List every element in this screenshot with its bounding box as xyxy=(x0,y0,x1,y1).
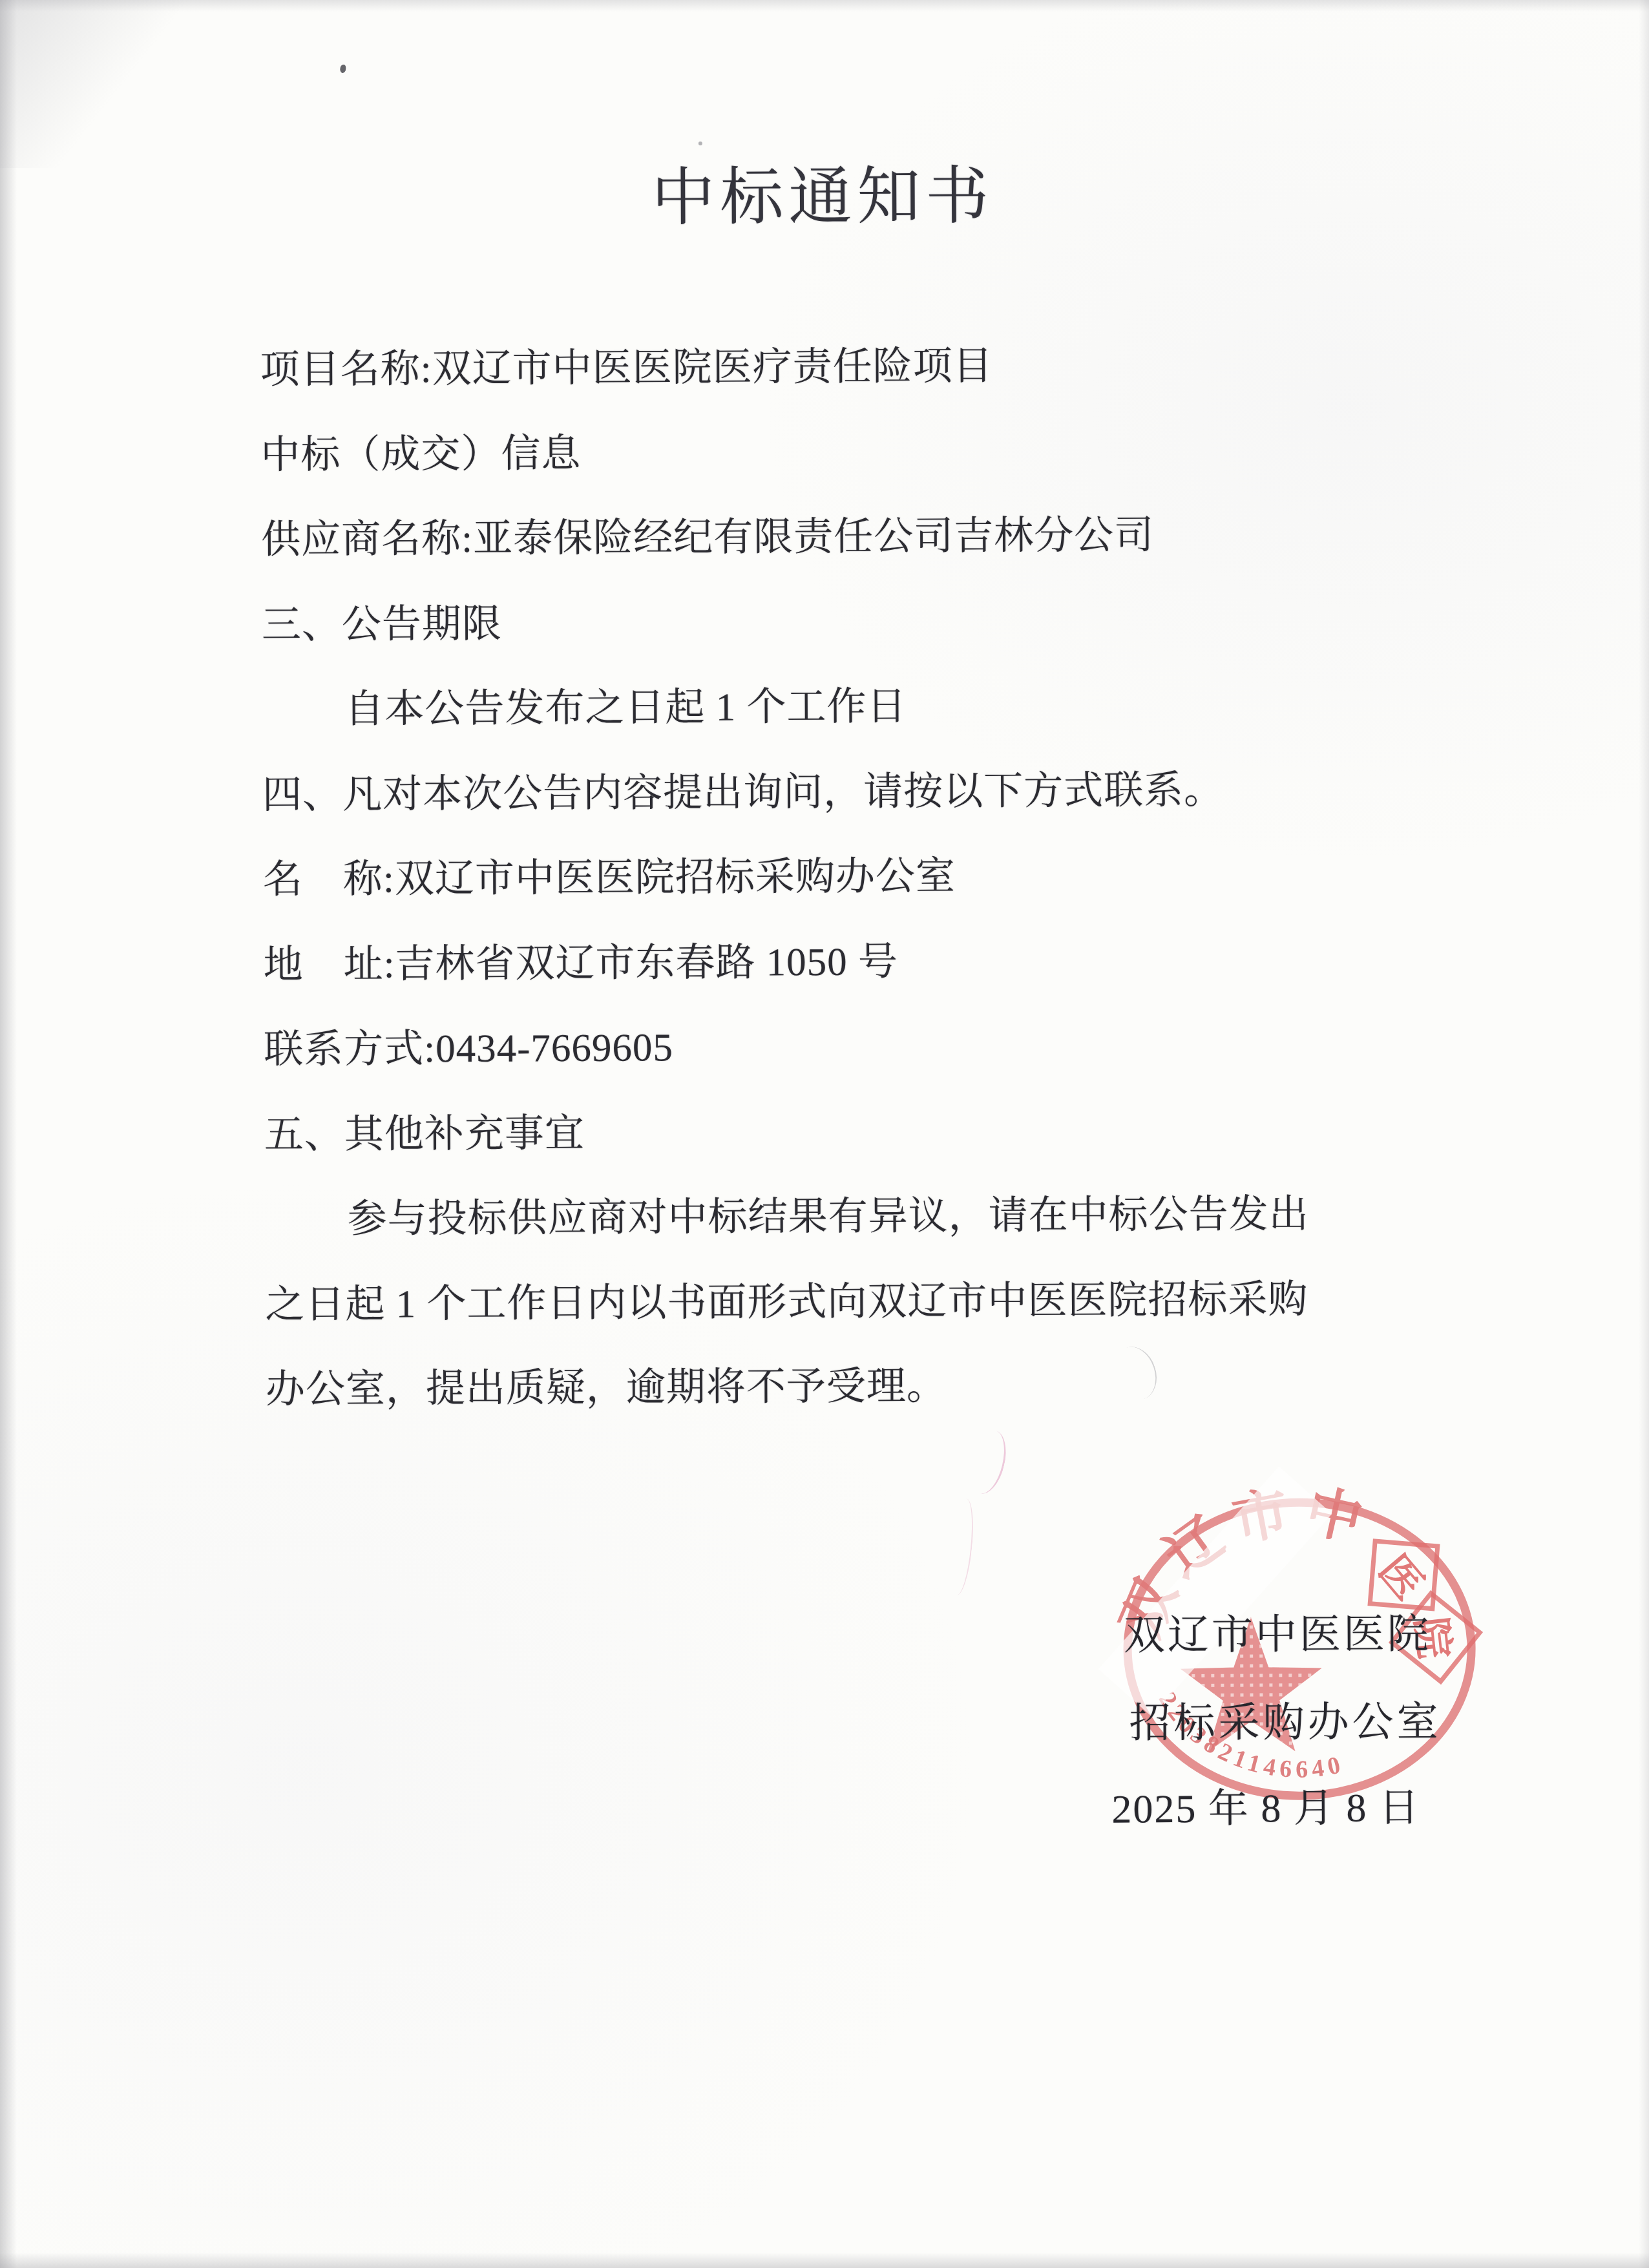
document-body: 项目名称:双辽市中医医院医疗责任险项目 中标（成交）信息 供应商名称:亚泰保险经… xyxy=(260,318,1429,1429)
doc-line-section-5-heading: 五、其他补充事宜 xyxy=(264,1083,1428,1174)
document-title: 中标通知书 xyxy=(0,142,1645,241)
scanned-document-page: { "doc": { "title": "中标通知书", "lines": [ … xyxy=(0,0,1649,2268)
signature-date: 2025 年 8 月 8 日 xyxy=(1111,1775,1420,1834)
doc-line-objection-1: 参与投标供应商对中标结果有异议，请在中标公告发出 xyxy=(264,1168,1428,1259)
doc-line-section-4-heading: 四、凡对本次公告内容提出询问，请按以下方式联系。 xyxy=(262,743,1426,834)
doc-line-contact-phone: 联系方式:0434-7669605 xyxy=(264,998,1427,1089)
signature-org-line-2: 招标采购办公室 xyxy=(1129,1688,1441,1750)
doc-line-award-info: 中标（成交）信息 xyxy=(260,403,1424,494)
doc-line-project-name: 项目名称:双辽市中医医院医疗责任险项目 xyxy=(260,318,1423,409)
scan-speck xyxy=(698,142,702,145)
page-content: 中标通知书 项目名称:双辽市中医医院医疗责任险项目 中标（成交）信息 供应商名称… xyxy=(0,0,1649,2268)
scan-scratch-mark xyxy=(964,1427,1011,1497)
signature-org-line-1: 双辽市中医医院 xyxy=(1124,1601,1431,1661)
doc-line-contact-name: 名 称:双辽市中医医院招标采购办公室 xyxy=(262,828,1426,919)
scan-speck xyxy=(340,65,346,73)
doc-line-objection-3: 办公室，提出质疑，逾期将不予受理。 xyxy=(266,1338,1429,1429)
scan-scratch-mark xyxy=(947,1498,977,1596)
doc-line-announcement-period: 自本公告发布之日起 1 个工作日 xyxy=(262,658,1425,749)
doc-line-objection-2: 之日起 1 个工作日内以书面形式向双辽市中医医院招标采购 xyxy=(265,1253,1429,1344)
doc-line-supplier-name: 供应商名称:亚泰保险经纪有限责任公司吉林分公司 xyxy=(261,488,1425,579)
doc-line-section-3-heading: 三、公告期限 xyxy=(261,573,1425,664)
doc-line-contact-address: 地 址:吉林省双辽市东春路 1050 号 xyxy=(263,913,1427,1004)
